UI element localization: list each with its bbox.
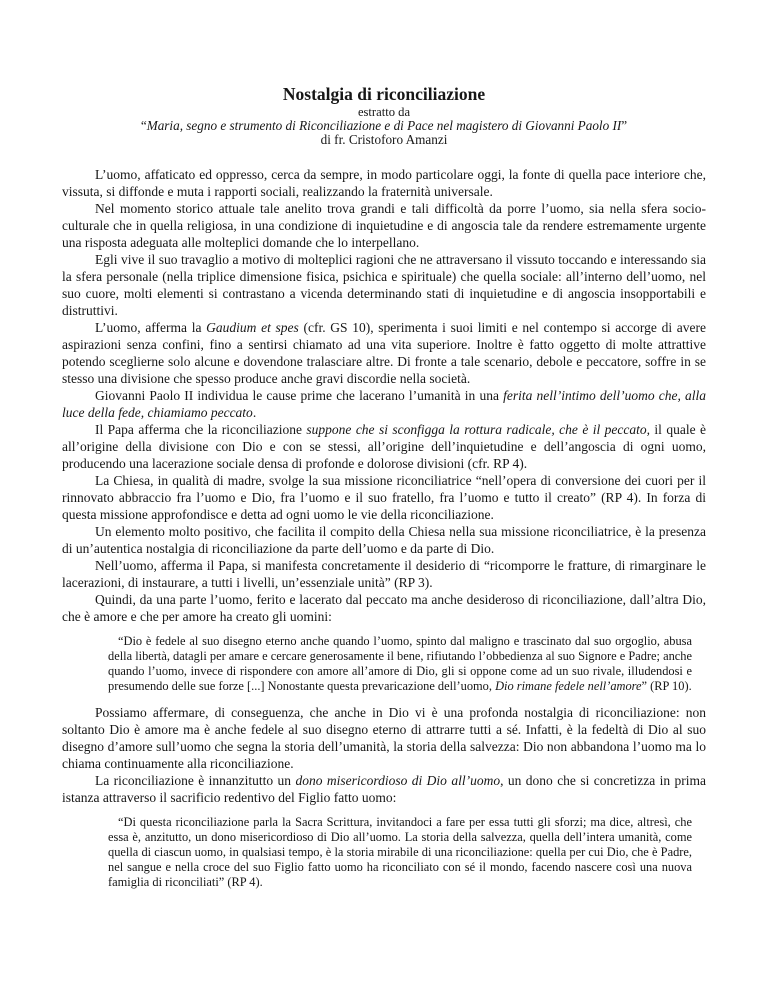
text-run: ” (RP 10). bbox=[642, 679, 692, 693]
text-run: “Di questa riconciliazione parla la Sacr… bbox=[108, 815, 692, 889]
text-run: L’uomo, afferma la bbox=[95, 320, 206, 335]
paragraph: L’uomo, afferma la Gaudium et spes (cfr.… bbox=[62, 319, 706, 387]
block-quote: “Di questa riconciliazione parla la Sacr… bbox=[108, 815, 692, 890]
text-run: L’uomo, affaticato ed oppresso, cerca da… bbox=[62, 167, 706, 199]
italic-text-run: suppone che si sconfigga la rottura radi… bbox=[306, 422, 650, 437]
subtitle-extract: estratto da bbox=[62, 105, 706, 119]
paragraph: Nell’uomo, afferma il Papa, si manifesta… bbox=[62, 557, 706, 591]
paragraph: Possiamo affermare, di conseguenza, che … bbox=[62, 704, 706, 772]
paragraph: La Chiesa, in qualità di madre, svolge l… bbox=[62, 472, 706, 523]
subtitle-source: “Maria, segno e strumento di Riconciliaz… bbox=[62, 119, 706, 133]
text-run: Il Papa afferma che la riconciliazione bbox=[95, 422, 306, 437]
text-run: Egli vive il suo travaglio a motivo di m… bbox=[62, 252, 706, 318]
text-run: Possiamo affermare, di conseguenza, che … bbox=[62, 705, 706, 771]
italic-text-run: Dio rimane fedele nell’amore bbox=[495, 679, 641, 693]
italic-text-run: Gaudium et spes bbox=[206, 320, 299, 335]
document-title: Nostalgia di riconciliazione bbox=[62, 84, 706, 105]
paragraph: Giovanni Paolo II individua le cause pri… bbox=[62, 387, 706, 421]
paragraph: Il Papa afferma che la riconciliazione s… bbox=[62, 421, 706, 472]
document-page: Nostalgia di riconciliazione estratto da… bbox=[0, 0, 768, 994]
author-line: di fr. Cristoforo Amanzi bbox=[62, 133, 706, 147]
text-run: Giovanni Paolo II individua le cause pri… bbox=[95, 388, 503, 403]
paragraph: Quindi, da una parte l’uomo, ferito e la… bbox=[62, 591, 706, 625]
italic-text-run: dono misericordioso di Dio all’uomo bbox=[295, 773, 500, 788]
paragraph: Un elemento molto positivo, che facilita… bbox=[62, 523, 706, 557]
subtitle-source-title: Maria, segno e strumento di Riconciliazi… bbox=[147, 118, 622, 133]
text-run: . bbox=[253, 405, 256, 420]
paragraph: La riconciliazione è innanzitutto un don… bbox=[62, 772, 706, 806]
block-quote: “Dio è fedele al suo disegno eterno anch… bbox=[108, 634, 692, 694]
text-run: La Chiesa, in qualità di madre, svolge l… bbox=[62, 473, 706, 522]
paragraph: Egli vive il suo travaglio a motivo di m… bbox=[62, 251, 706, 319]
paragraph: L’uomo, affaticato ed oppresso, cerca da… bbox=[62, 166, 706, 200]
text-run: Nel momento storico attuale tale anelito… bbox=[62, 201, 706, 250]
document-body: L’uomo, affaticato ed oppresso, cerca da… bbox=[62, 166, 706, 890]
text-run: Quindi, da una parte l’uomo, ferito e la… bbox=[62, 592, 706, 624]
paragraph: Nel momento storico attuale tale anelito… bbox=[62, 200, 706, 251]
text-run: Un elemento molto positivo, che facilita… bbox=[62, 524, 706, 556]
subtitle-close-quote: ” bbox=[621, 118, 627, 133]
text-run: La riconciliazione è innanzitutto un bbox=[95, 773, 295, 788]
text-run: Nell’uomo, afferma il Papa, si manifesta… bbox=[62, 558, 706, 590]
